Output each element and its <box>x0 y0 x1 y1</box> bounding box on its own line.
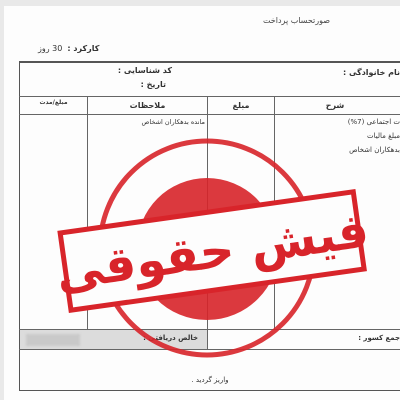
col-divider-2 <box>207 96 208 349</box>
column-header-remarks: ملاحظات <box>88 101 207 110</box>
column-header-amount-period: مبلغ/مدت <box>20 99 87 106</box>
row-debtors: بدهکاران اشخاص <box>349 146 400 154</box>
row-social-insurance: ت اجتماعی (7%) <box>348 118 400 126</box>
work-days-label: کارکرد : <box>67 44 99 53</box>
national-code-label: کد شناسایی : <box>118 66 172 75</box>
remark-debtors-balance: مانده بدهکاران اشخاص <box>142 118 205 126</box>
column-header-amount: مبلغ <box>208 101 274 110</box>
col-divider-3 <box>274 96 275 329</box>
last-name-label: نام خانوادگی : <box>343 68 400 77</box>
footer-text: واریز گردید . <box>180 376 240 384</box>
row-tax-amount: مبلغ مالیات <box>367 132 400 140</box>
totals-row-bottom <box>19 349 400 350</box>
date-label: تاریخ : <box>141 80 166 89</box>
column-header-description: شرح <box>300 101 370 110</box>
document-title: صورتحساب پرداخت <box>200 16 330 25</box>
total-deductions-label: جمع کسور : <box>358 334 400 342</box>
work-days-value: 30 روز <box>38 44 62 53</box>
net-received-label: خالص دریافتی : <box>143 334 198 342</box>
header-row-top <box>19 96 400 97</box>
net-received-value <box>26 334 80 346</box>
work-days: کارکرد : 30 روز <box>38 44 99 53</box>
col-divider-1 <box>87 96 88 329</box>
header-row-bottom <box>19 114 400 115</box>
